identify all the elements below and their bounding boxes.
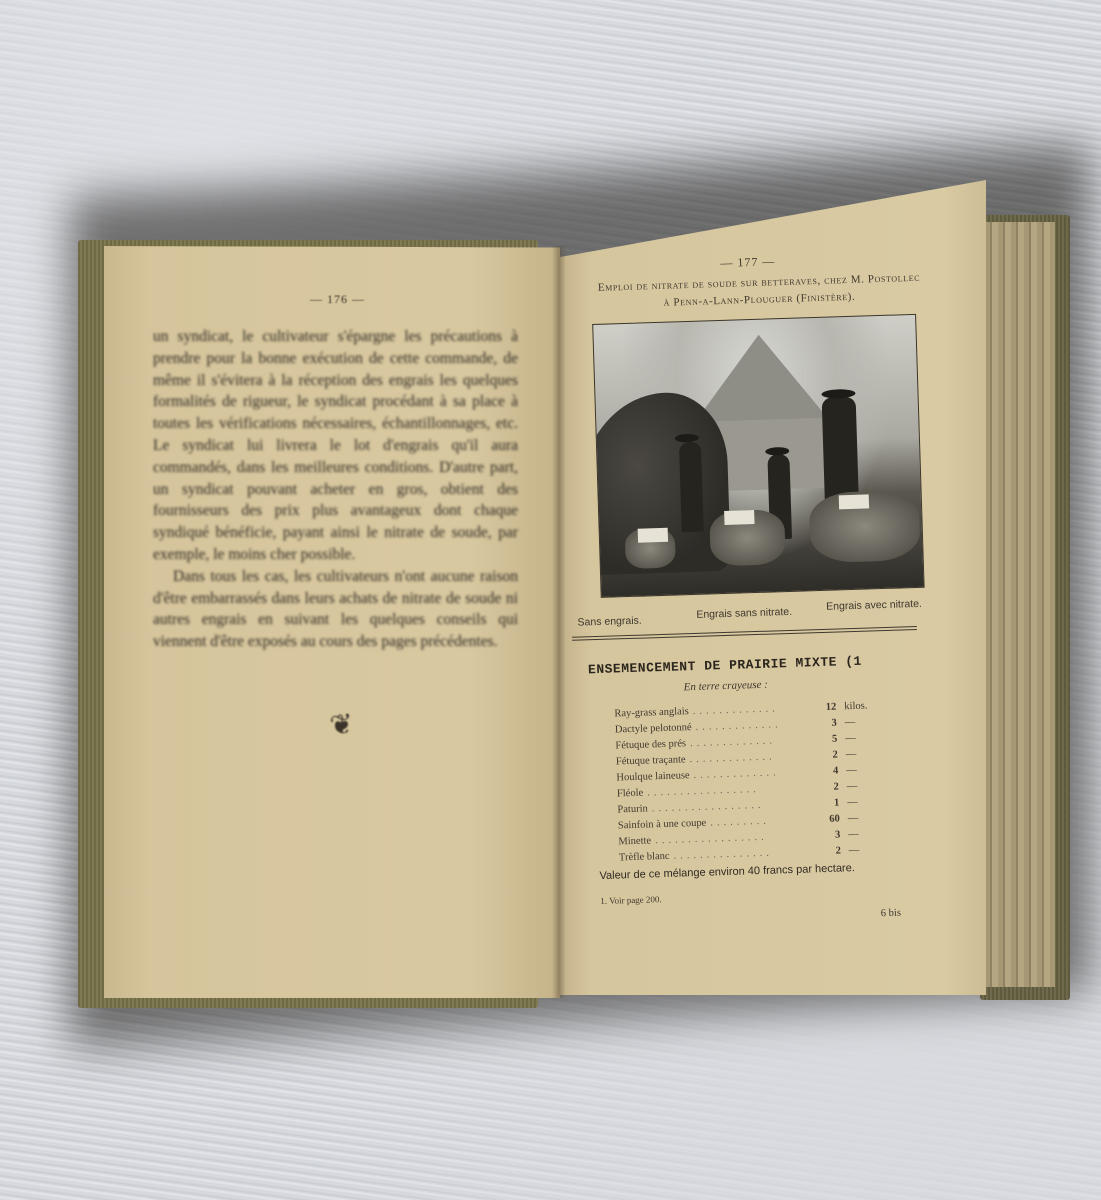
left-page-number: — 176 —	[310, 292, 365, 307]
seed-mixture-list: Ray-grass anglais.............12kilos. D…	[614, 697, 889, 865]
roof-shape	[689, 333, 832, 427]
right-page-number: — 177 —	[720, 254, 775, 271]
left-paragraph-2: Dans tous les cas, les cultivateurs n'on…	[153, 566, 518, 653]
farmer-figure-left	[679, 442, 704, 533]
signature-mark: 6 bis	[881, 908, 901, 920]
left-paragraph-1: un syndicat, le cultivateur s'épargne le…	[153, 326, 518, 566]
footnote: 1. Voir page 200.	[600, 894, 662, 906]
sign-label	[839, 494, 869, 509]
farm-photograph	[592, 314, 924, 598]
fleuron-ornament-icon: ❦	[328, 707, 356, 744]
left-page-body: un syndicat, le cultivateur s'épargne le…	[153, 326, 518, 653]
sign-label	[724, 510, 754, 525]
caption-sans-engrais: Sans engrais.	[577, 615, 642, 629]
sign-label	[638, 528, 668, 543]
book-gutter	[552, 246, 566, 998]
page-edges	[985, 222, 1055, 987]
